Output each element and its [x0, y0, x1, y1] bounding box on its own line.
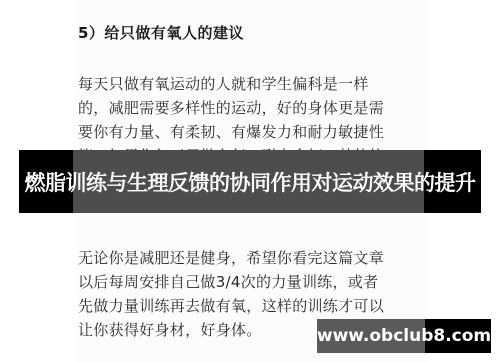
section-heading: 5）给只做有氧人的建议 [78, 22, 244, 43]
text-line: 无论你是减肥还是健身，希望你看完这篇文章 [78, 246, 428, 270]
watermark-text: www.obclub8.com [317, 319, 491, 353]
text-line: 先做力量训练再去做有氧，这样的训练才可以 [78, 294, 428, 318]
title-banner: 燃脂训练与生理反馈的协同作用对运动效果的提升 [19, 150, 481, 213]
watermark: www.obclub8.com [317, 319, 491, 353]
text-line: 要你有力量、有柔韧、有爆发力和耐力敏捷性 [78, 120, 428, 144]
text-line: 每天只做有氧运动的人就和学生偏科是一样 [78, 72, 428, 96]
text-line: 以后每周安排自己做3/4次的力量训练，或者 [78, 270, 428, 294]
banner-title: 燃脂训练与生理反馈的协同作用对运动效果的提升 [19, 150, 481, 213]
text-line: 的，减肥需要多样性的运动，好的身体更是需 [78, 96, 428, 120]
